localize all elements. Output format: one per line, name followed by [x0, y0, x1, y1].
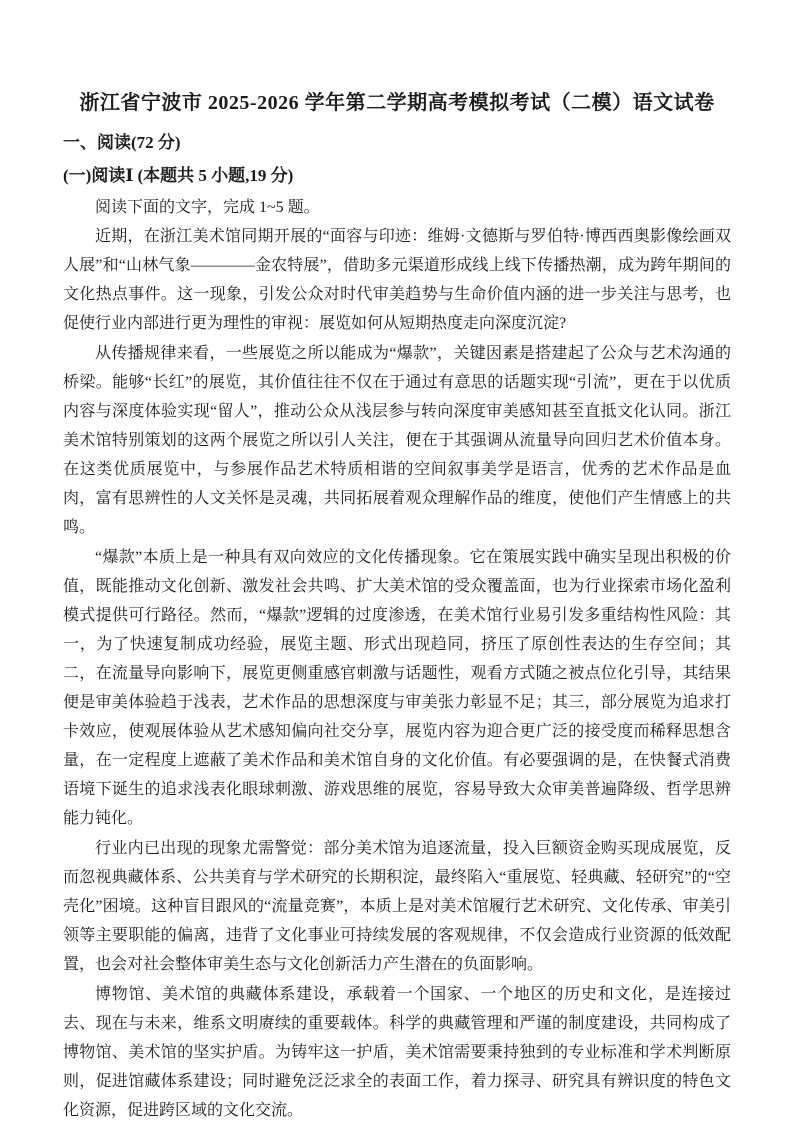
- subsection-heading-reading-1: (一)阅读Ⅰ (本题共 5 小题,19 分): [63, 163, 731, 189]
- document-page: 浙江省宁波市 2025-2026 学年第二学期高考模拟考试（二模）语文试卷 一、…: [0, 0, 793, 1121]
- body-paragraph: “爆款”本质上是一种具有双向效应的文化传播现象。它在策展实践中确实呈现出积极的价…: [63, 543, 731, 833]
- body-paragraph: 博物馆、美术馆的典藏体系建设，承载着一个国家、一个地区的历史和文化，是连接过去、…: [63, 980, 731, 1121]
- body-paragraph: 近期，在浙江美术馆同期开展的“面容与印迹：维姆·文德斯与罗伯特·博西西奥影像绘画…: [63, 222, 731, 338]
- body-paragraph: 行业内已出现的现象尤需警觉：部分美术馆为追逐流量，投入巨额资金购买现成展览，反而…: [63, 834, 731, 979]
- page-title: 浙江省宁波市 2025-2026 学年第二学期高考模拟考试（二模）语文试卷: [63, 88, 731, 118]
- section-heading-reading: 一、阅读(72 分): [63, 130, 731, 156]
- instruction-line: 阅读下面的文字，完成 1~5 题。: [63, 193, 731, 222]
- passage-body: 近期，在浙江美术馆同期开展的“面容与印迹：维姆·文德斯与罗伯特·博西西奥影像绘画…: [63, 222, 731, 1121]
- body-paragraph: 从传播规律来看，一些展览之所以能成为“爆款”，关键因素是搭建起了公众与艺术沟通的…: [63, 339, 731, 542]
